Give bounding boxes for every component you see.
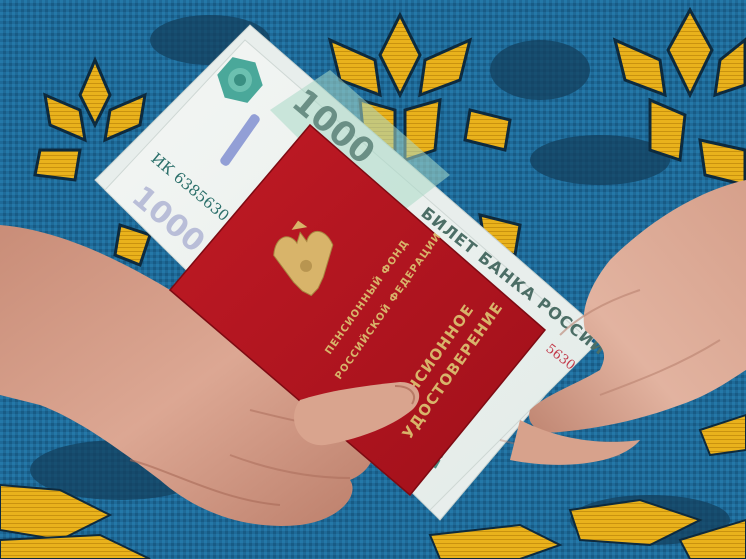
photo-scene: 1000 1000 ИК 6385630 БИЛЕТ БАНКА РОССИИ …	[0, 0, 746, 559]
photo-canvas: 1000 1000 ИК 6385630 БИЛЕТ БАНКА РОССИИ …	[0, 0, 746, 559]
